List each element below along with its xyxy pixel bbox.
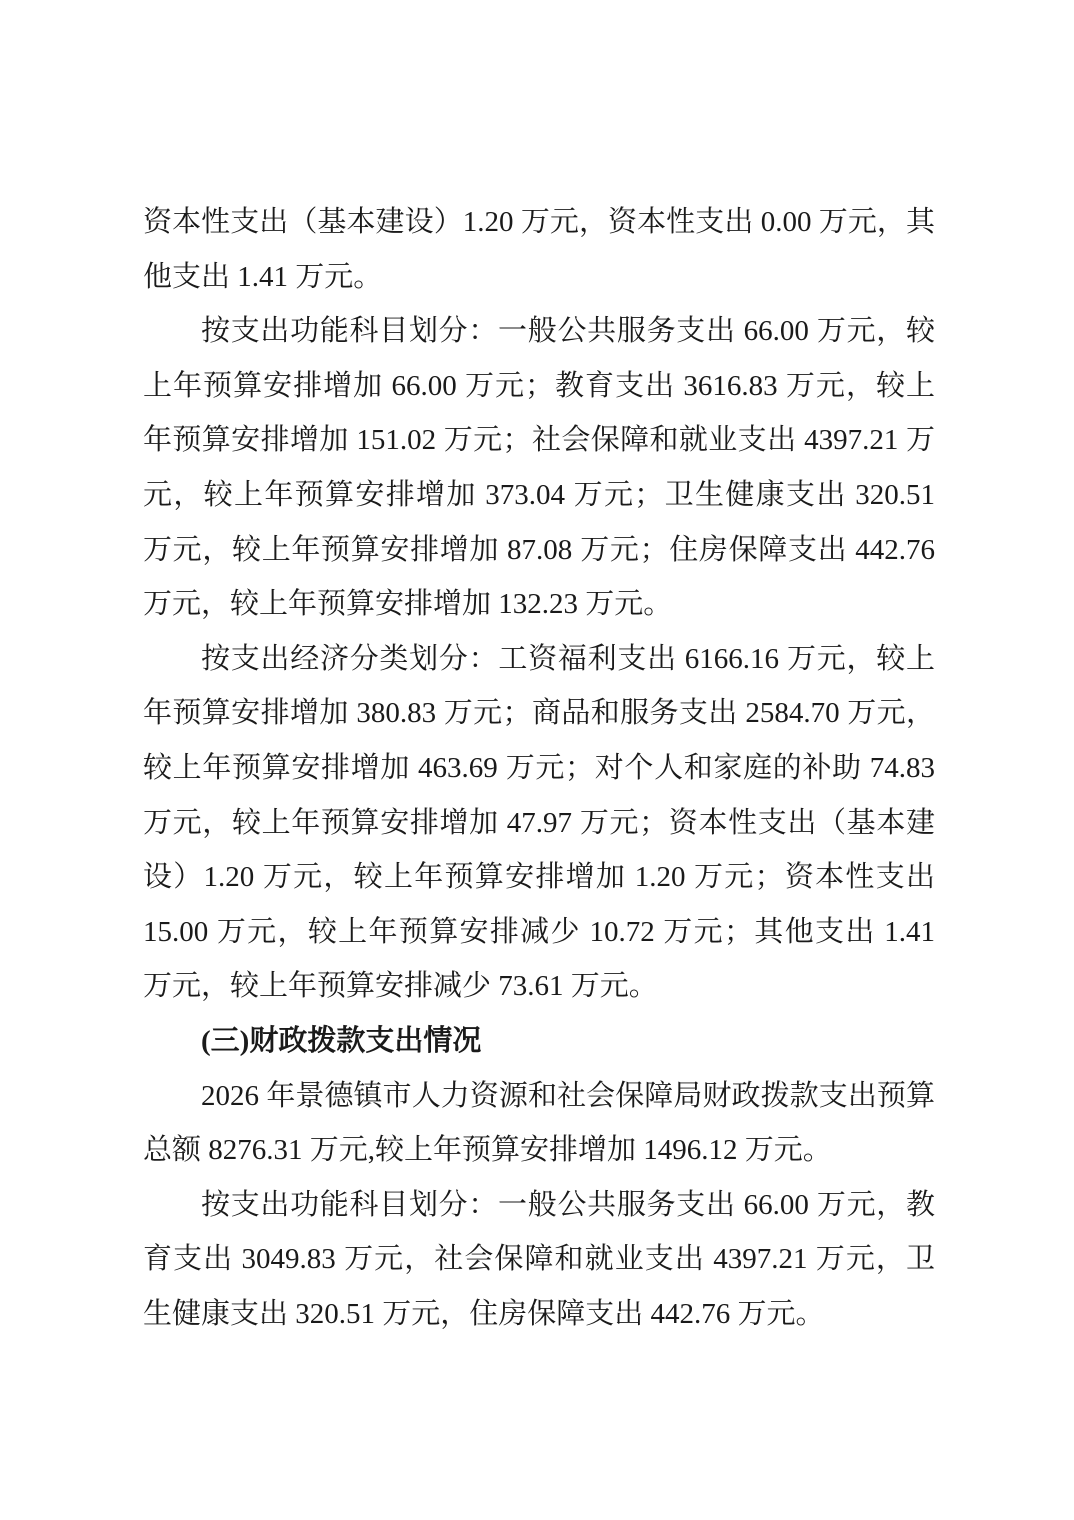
section-heading-fiscal-allocation-expenditure: (三)财政拨款支出情况 bbox=[143, 1014, 935, 1069]
paragraph-economic-classification: 按支出经济分类划分：工资福利支出 6166.16 万元，较上年预算安排增加 38… bbox=[143, 632, 935, 1014]
document-body: 资本性支出（基本建设）1.20 万元，资本性支出 0.00 万元，其他支出 1.… bbox=[143, 195, 935, 1341]
paragraph-fiscal-allocation-total: 2026 年景德镇市人力资源和社会保障局财政拨款支出预算总额 8276.31 万… bbox=[143, 1069, 935, 1178]
paragraph-functional-classification: 按支出功能科目划分：一般公共服务支出 66.00 万元，较上年预算安排增加 66… bbox=[143, 304, 935, 632]
document-page: 资本性支出（基本建设）1.20 万元，资本性支出 0.00 万元，其他支出 1.… bbox=[0, 0, 1074, 1520]
paragraph-fiscal-functional-classification: 按支出功能科目划分：一般公共服务支出 66.00 万元，教育支出 3049.83… bbox=[143, 1178, 935, 1342]
paragraph-capital-expenditure-continuation: 资本性支出（基本建设）1.20 万元，资本性支出 0.00 万元，其他支出 1.… bbox=[143, 195, 935, 304]
